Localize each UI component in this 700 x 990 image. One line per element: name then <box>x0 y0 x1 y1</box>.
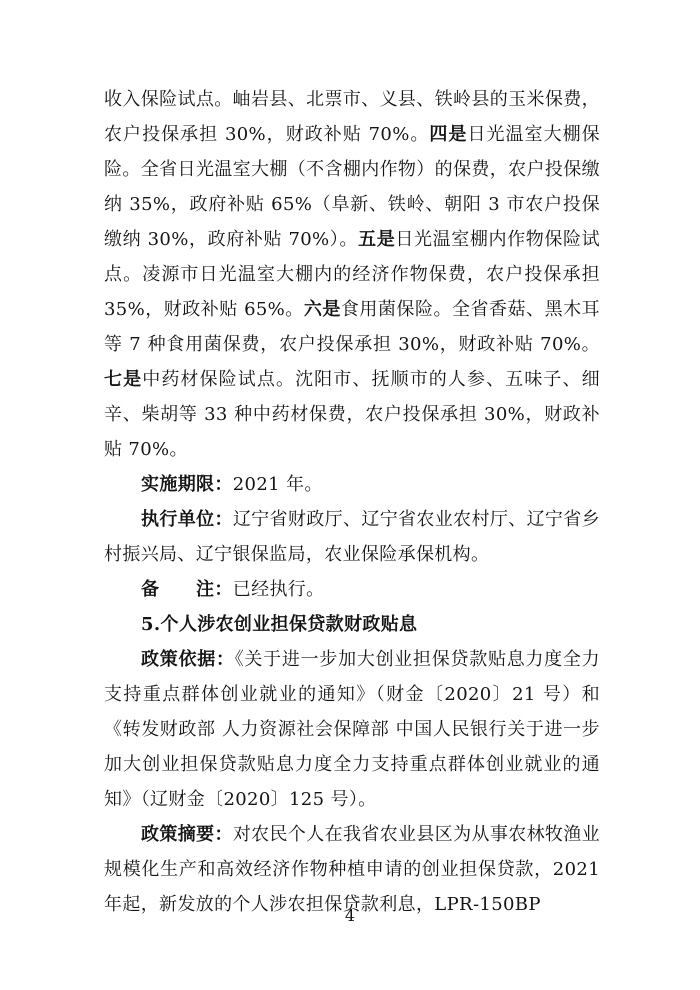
body-text: 中药材保险试点。沈阳市、抚顺市的人参、五味子、细辛、柴胡等 33 种中药材保费，… <box>104 369 600 460</box>
field-label-policy-basis: 政策依据： <box>141 649 235 670</box>
field-value-remark: 已经执行。 <box>233 579 325 600</box>
field-label-policy-summary: 政策摘要： <box>141 824 233 845</box>
list-marker-five: 五是 <box>358 229 395 250</box>
field-value-policy-basis: 《关于进一步加大创业担保贷款贴息力度全力支持重点群体创业就业的通知》（财金〔20… <box>104 649 600 810</box>
page-number: 4 <box>0 906 700 926</box>
paragraph-remark: 备 注：已经执行。 <box>104 572 600 607</box>
field-value-implementation-period: 2021 年。 <box>233 474 323 495</box>
list-marker-four: 四是 <box>429 124 467 145</box>
document-page: 收入保险试点。岫岩县、北票市、义县、铁岭县的玉米保费，农户投保承担 30%，财政… <box>0 0 700 990</box>
list-marker-six: 六是 <box>304 299 341 320</box>
field-label-remark: 备 注： <box>141 579 233 600</box>
section-heading-text: 5.个人涉农创业担保贷款财政贴息 <box>141 614 417 635</box>
page-body: 收入保险试点。岫岩县、北票市、义县、铁岭县的玉米保费，农户投保承担 30%，财政… <box>104 82 600 922</box>
field-label-implementation-period: 实施期限： <box>141 474 233 495</box>
paragraph-insurance-items: 收入保险试点。岫岩县、北票市、义县、铁岭县的玉米保费，农户投保承担 30%，财政… <box>104 82 600 467</box>
paragraph-implementation-period: 实施期限：2021 年。 <box>104 467 600 502</box>
list-marker-seven: 七是 <box>104 369 142 390</box>
paragraph-executing-unit: 执行单位：辽宁省财政厅、辽宁省农业农村厅、辽宁省乡村振兴局、辽宁银保监局，农业保… <box>104 502 600 572</box>
paragraph-policy-basis: 政策依据：《关于进一步加大创业担保贷款贴息力度全力支持重点群体创业就业的通知》（… <box>104 642 600 817</box>
section-heading: 5.个人涉农创业担保贷款财政贴息 <box>104 607 600 642</box>
field-label-executing-unit: 执行单位： <box>141 509 233 530</box>
